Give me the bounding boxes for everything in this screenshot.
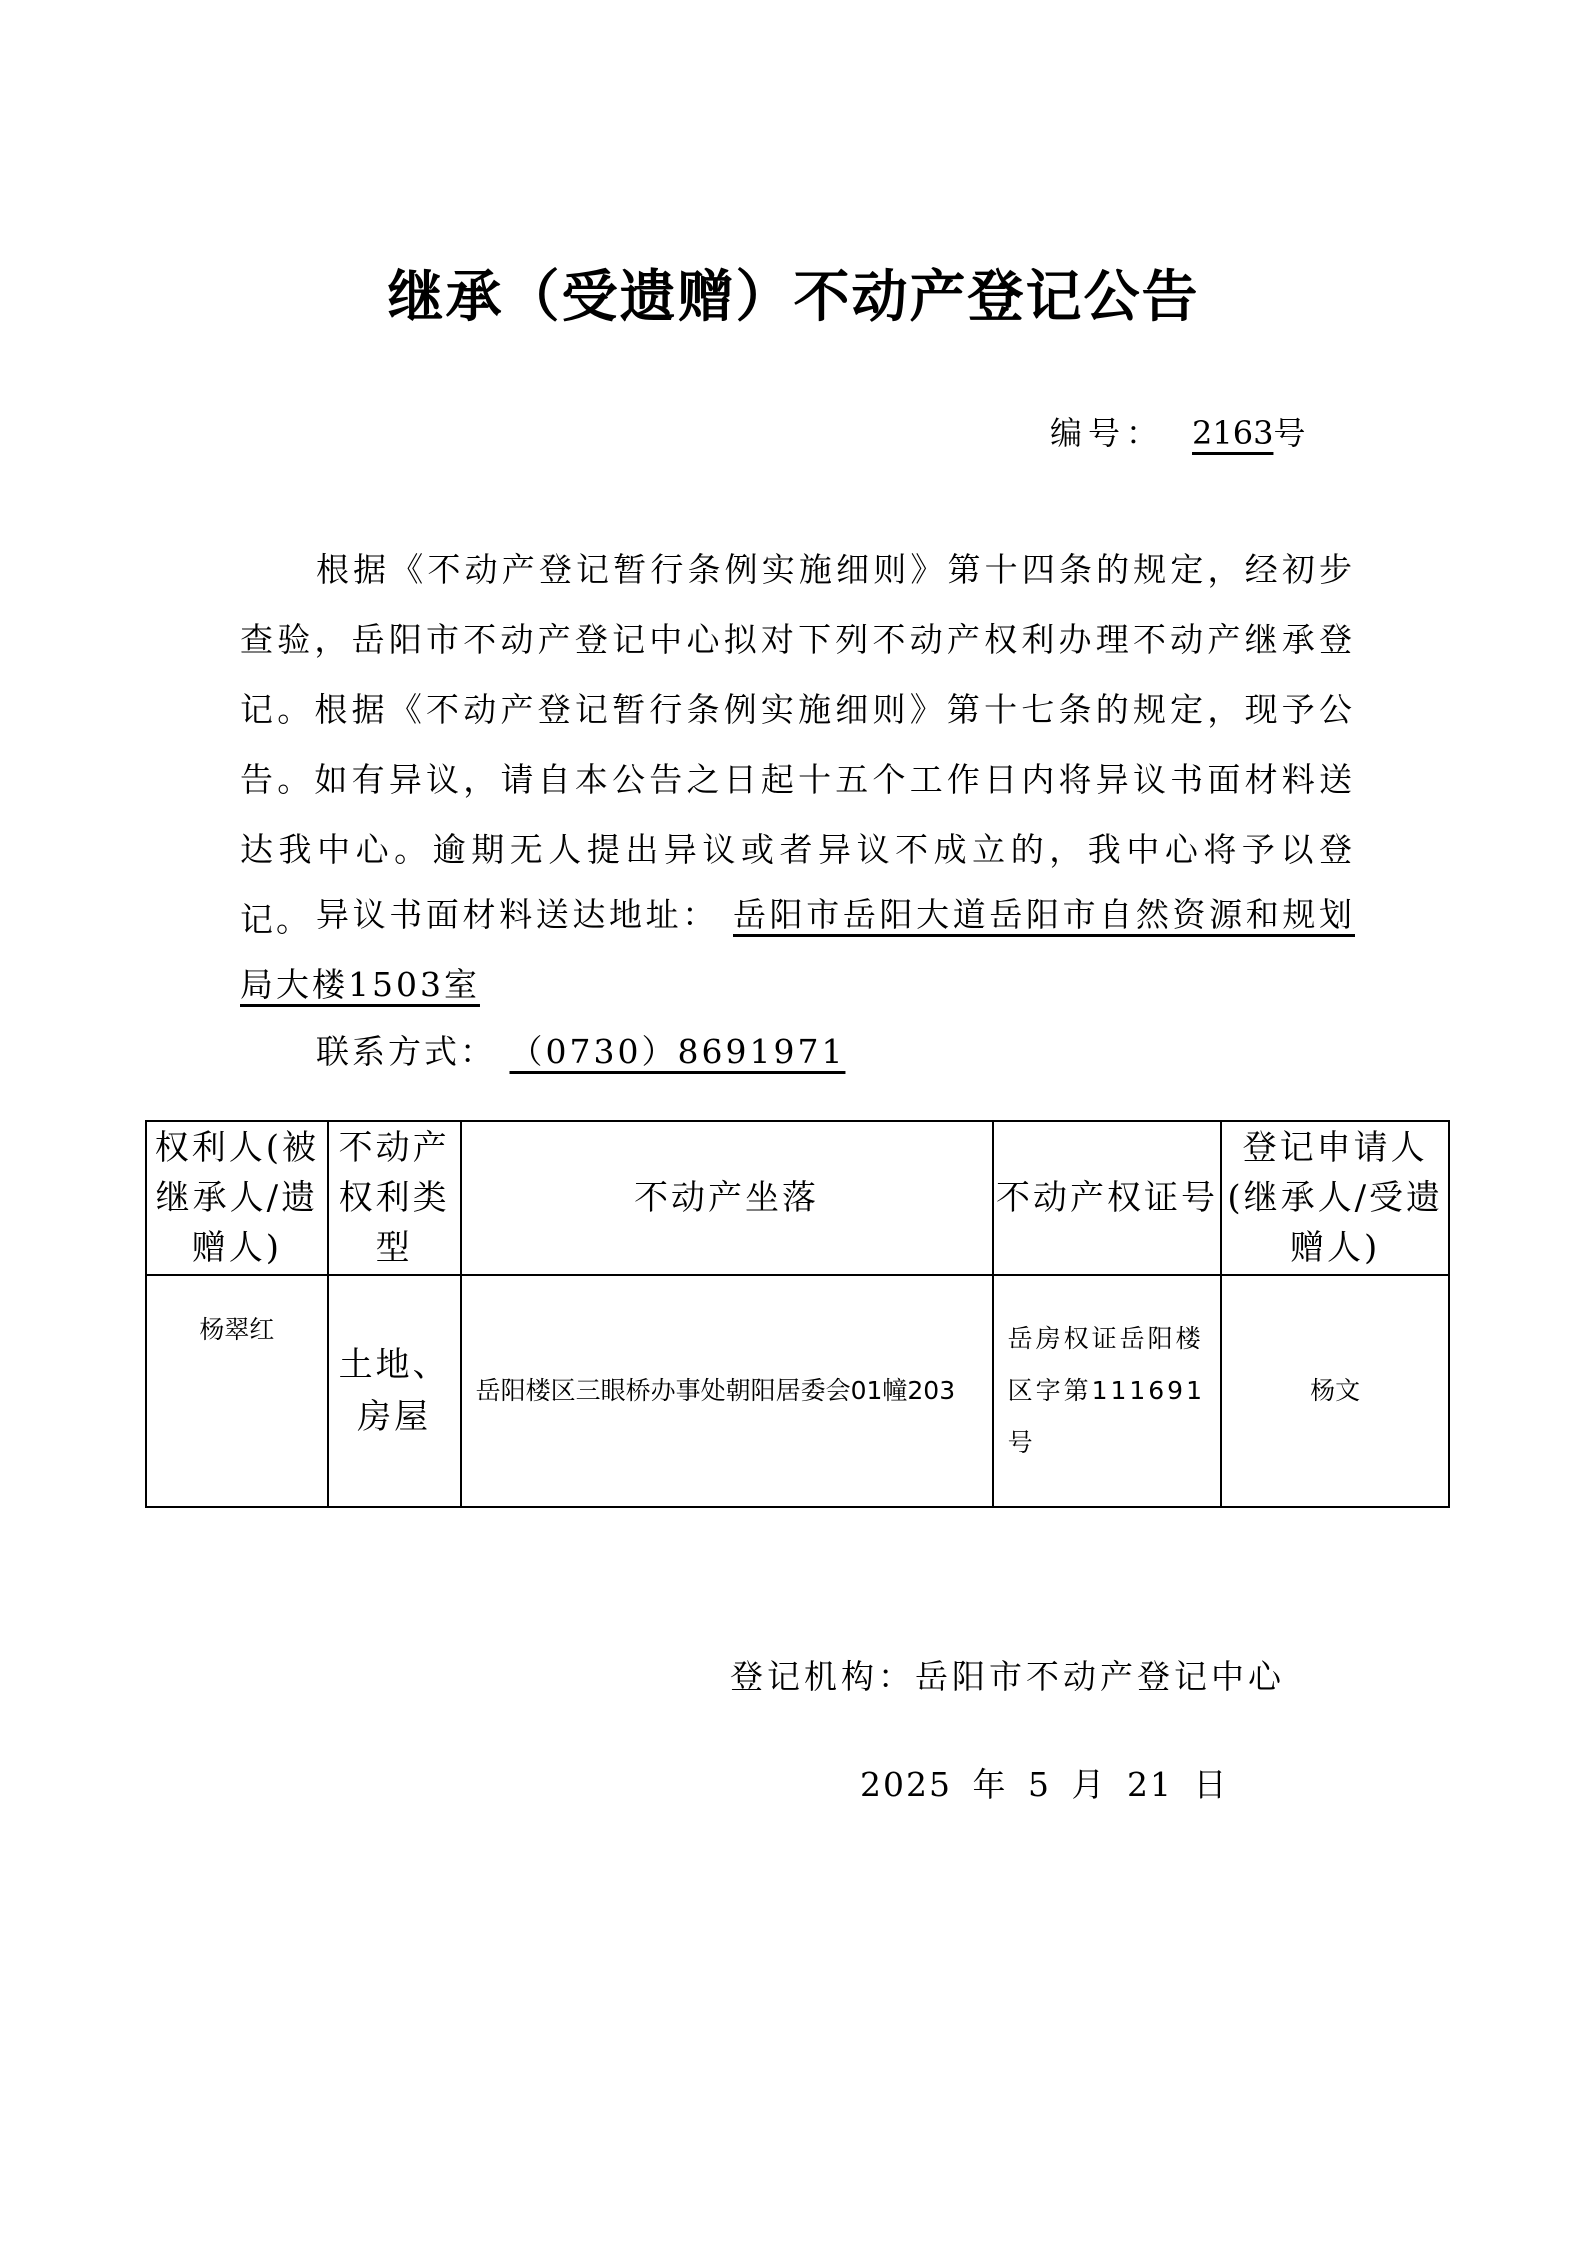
cell-right-holder: 杨翠红 xyxy=(146,1275,328,1507)
date-day-unit: 日 xyxy=(1193,1765,1228,1804)
announcement-date: 2025 年 5 月 21 日 xyxy=(860,1760,1228,1810)
date-month: 5 xyxy=(1028,1765,1051,1804)
registration-authority: 登记机构：岳阳市不动产登记中心 xyxy=(730,1652,1285,1702)
page-title: 继承（受遗赠）不动产登记公告 xyxy=(0,258,1587,338)
cell-certificate-no: 岳房权证岳阳楼区字第111691号 xyxy=(993,1275,1222,1507)
table-row: 杨翠红 土地、房屋 岳阳楼区三眼桥办事处朝阳居委会01幢203 岳房权证岳阳楼区… xyxy=(146,1275,1449,1507)
document-number-value: 2163 xyxy=(1164,414,1273,452)
contact-info: 联系方式： （0730）8691971 xyxy=(316,1017,1316,1087)
org-label: 登记机构： xyxy=(730,1657,915,1696)
table-header-row: 权利人(被继承人/遗赠人) 不动产权利类型 不动产坐落 不动产权证号 登记申请人… xyxy=(146,1121,1449,1275)
cell-applicant: 杨文 xyxy=(1221,1275,1449,1507)
header-location: 不动产坐落 xyxy=(461,1121,993,1275)
property-table: 权利人(被继承人/遗赠人) 不动产权利类型 不动产坐落 不动产权证号 登记申请人… xyxy=(145,1120,1450,1508)
header-right-holder: 权利人(被继承人/遗赠人) xyxy=(146,1121,328,1275)
date-day: 21 xyxy=(1127,1765,1173,1804)
contact-label: 联系方式： xyxy=(316,1032,496,1071)
header-right-type: 不动产权利类型 xyxy=(328,1121,461,1275)
document-number: 编号：2163号 xyxy=(1050,408,1311,458)
date-year-unit: 年 xyxy=(972,1765,1007,1804)
cell-right-type: 土地、房屋 xyxy=(328,1275,461,1507)
org-value: 岳阳市不动产登记中心 xyxy=(915,1657,1285,1696)
document-number-label: 编号： xyxy=(1050,414,1164,452)
cell-location: 岳阳楼区三眼桥办事处朝阳居委会01幢203 xyxy=(461,1275,993,1507)
date-year: 2025 xyxy=(860,1765,952,1804)
objection-address: 异议书面材料送达地址： 岳阳市岳阳大道岳阳市自然资源和规划局大楼1503室 xyxy=(240,880,1355,1020)
header-applicant: 登记申请人(继承人/受遗赠人) xyxy=(1221,1121,1449,1275)
contact-value: （0730）8691971 xyxy=(510,1032,846,1071)
header-certificate-no: 不动产权证号 xyxy=(993,1121,1222,1275)
document-number-suffix: 号 xyxy=(1273,414,1311,452)
objection-address-label: 异议书面材料送达地址： xyxy=(316,895,719,934)
date-month-unit: 月 xyxy=(1071,1765,1106,1804)
